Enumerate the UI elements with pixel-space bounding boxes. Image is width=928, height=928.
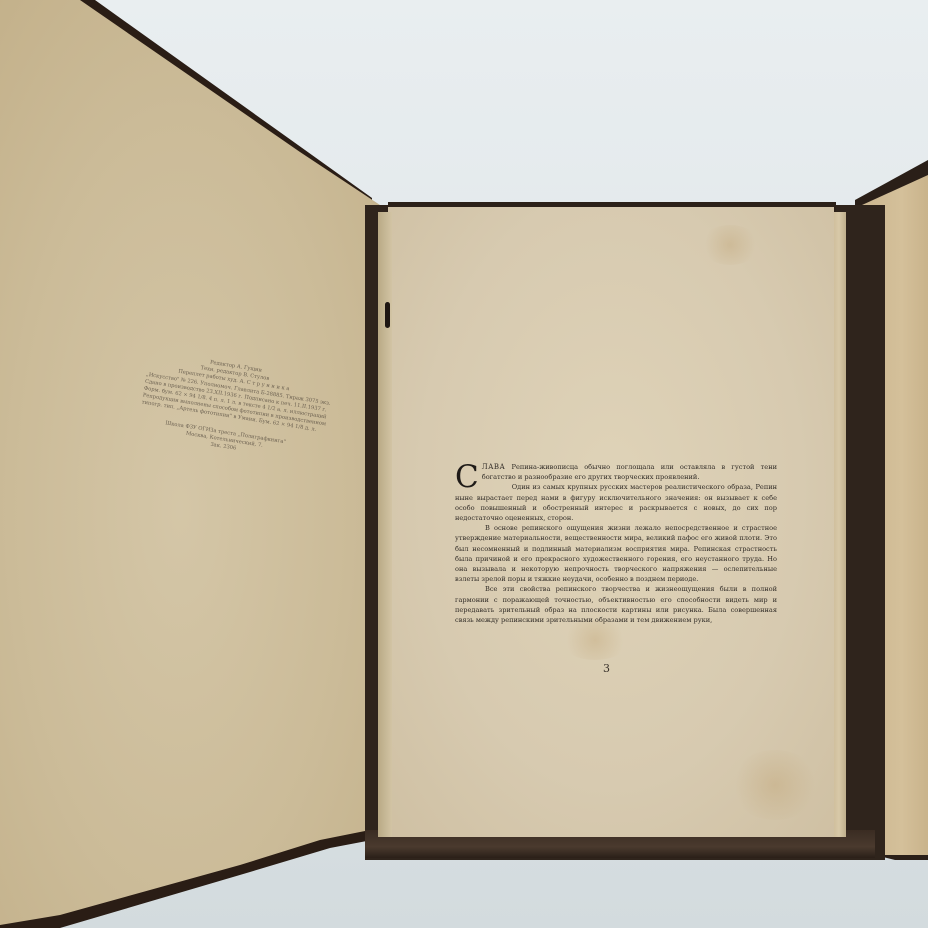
opening-word: ЛАВА [482,463,506,471]
paragraph: В основе репинского ощущения жизни лежал… [455,523,777,584]
paper-stain [730,750,820,820]
paragraph: СЛАВА Репина-живописца обычно поглощала … [455,462,777,482]
paragraph: Все эти свойства репинского творчества и… [455,584,777,625]
paper-stain [700,225,760,265]
paper-stain [560,620,630,660]
drop-cap: С [455,464,479,490]
paragraph-text: Репина-живописца обычно поглощала или ос… [482,463,777,481]
left-page [0,0,400,928]
body-text: СЛАВА Репина-живописца обычно поглощала … [455,462,777,625]
page-number: 3 [603,662,610,675]
binding-clip [385,302,390,328]
paragraph: Один из самых крупных русских мастеров р… [455,482,777,523]
page-stack-edge [832,212,846,837]
